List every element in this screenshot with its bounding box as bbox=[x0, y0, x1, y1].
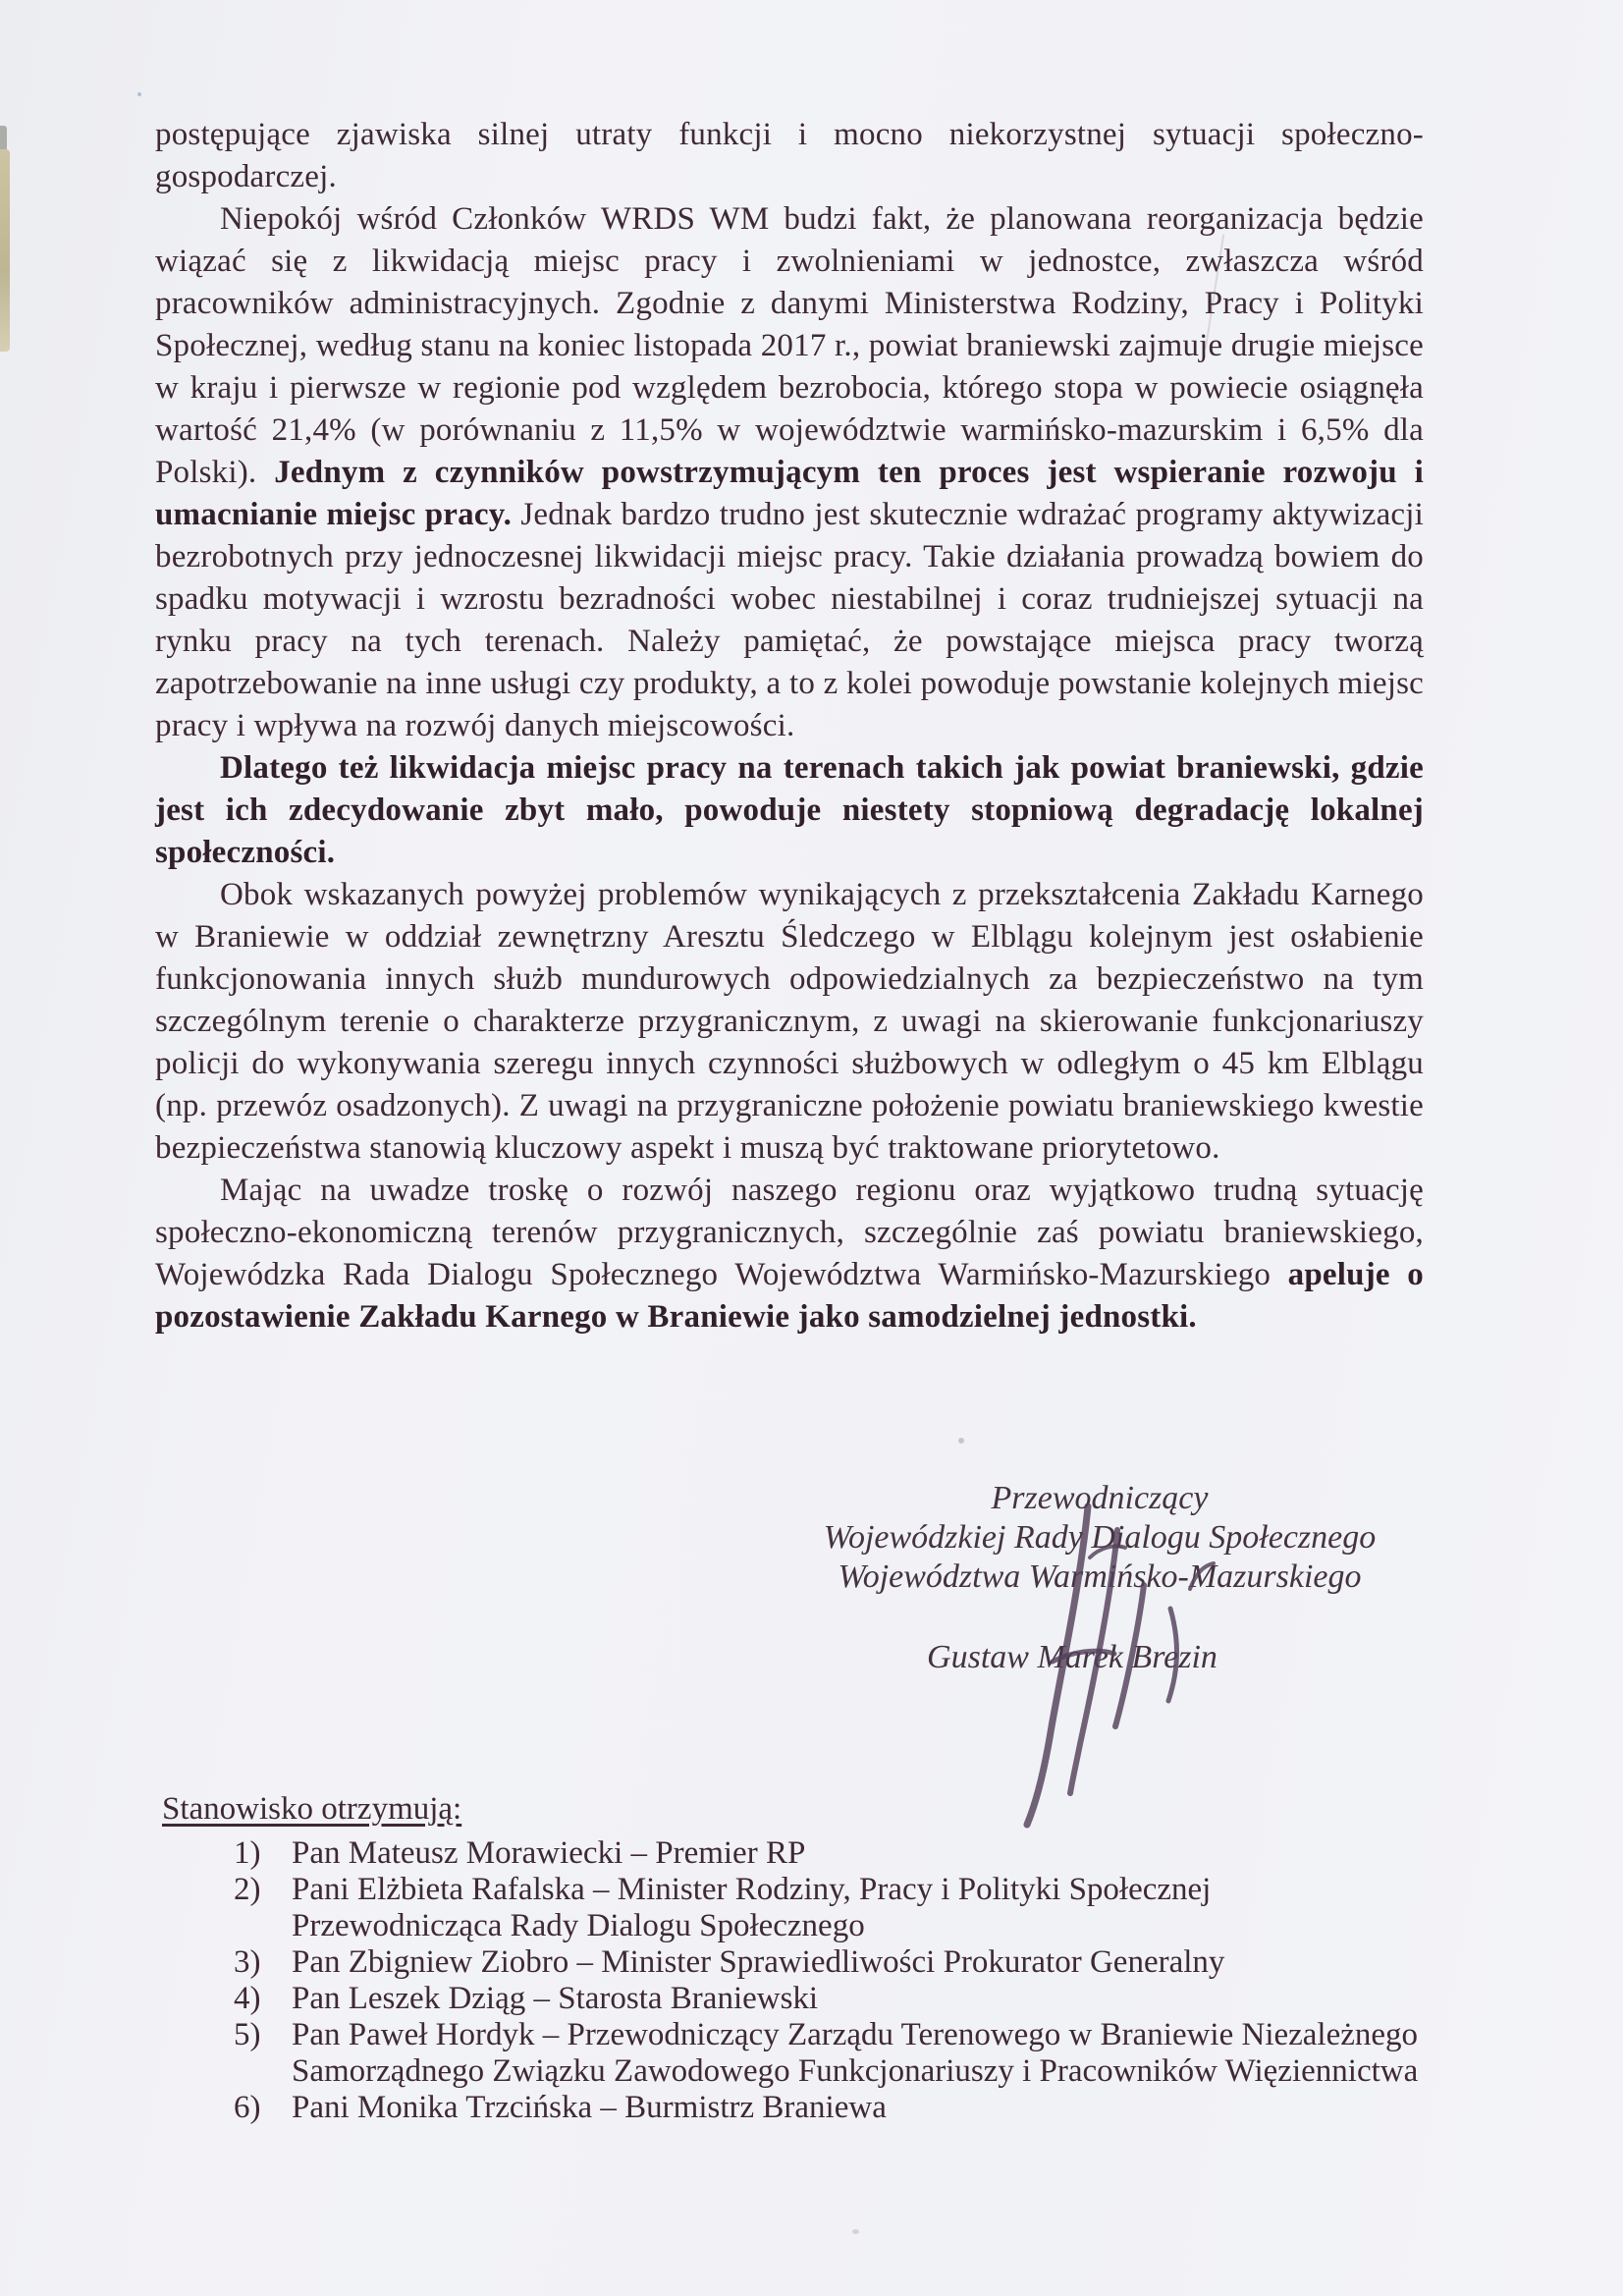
distribution-item: 2)Pani Elżbieta Rafalska – Minister Rodz… bbox=[162, 1872, 1517, 1944]
distribution-item-text: Pani Elżbieta Rafalska – Minister Rodzin… bbox=[292, 1872, 1517, 1944]
text-run: Mając na uwadze troskę o rozwój naszego … bbox=[155, 1173, 1424, 1292]
distribution-item: 4)Pan Leszek Dziąg – Starosta Braniewski bbox=[162, 1981, 1517, 2017]
body-paragraph: Niepokój wśród Członków WRDS WM budzi fa… bbox=[155, 198, 1424, 747]
distribution-item: 3)Pan Zbigniew Ziobro – Minister Sprawie… bbox=[162, 1944, 1517, 1981]
distribution-item: 6)Pani Monika Trzcińska – Burmistrz Bran… bbox=[162, 2090, 1517, 2126]
body-paragraph: postępujące zjawiska silnej utraty funkc… bbox=[155, 114, 1424, 198]
distribution-item-line: Pan Leszek Dziąg – Starosta Braniewski bbox=[292, 1981, 1517, 2017]
text-run: Obok wskazanych powyżej problemów wynika… bbox=[155, 877, 1424, 1166]
scan-speck bbox=[137, 92, 141, 96]
distribution-item-number: 6) bbox=[234, 2090, 292, 2126]
distribution-item-line: Przewodnicząca Rady Dialogu Społecznego bbox=[292, 1908, 1517, 1944]
signature-block: PrzewodniczącyWojewódzkiej Rady Dialogu … bbox=[727, 1479, 1473, 1677]
body-paragraph: Mając na uwadze troskę o rozwój naszego … bbox=[155, 1170, 1424, 1339]
distribution-item-number: 2) bbox=[234, 1872, 292, 1944]
bold-text-run: Dlatego też likwidacja miejsc pracy na t… bbox=[155, 750, 1424, 870]
distribution-item-number: 3) bbox=[234, 1944, 292, 1981]
distribution-list: Stanowisko otrzymują: 1)Pan Mateusz Mora… bbox=[162, 1791, 1517, 2126]
signer-name: Gustaw Marek Brezin bbox=[699, 1638, 1445, 1677]
distribution-item-number: 5) bbox=[234, 2017, 292, 2090]
scan-speck bbox=[958, 1438, 964, 1444]
signature-title-line: Przewodniczący bbox=[727, 1479, 1473, 1518]
distribution-item-line: Pani Monika Trzcińska – Burmistrz Branie… bbox=[292, 2090, 1517, 2126]
distribution-item-text: Pan Mateusz Morawiecki – Premier RP bbox=[292, 1835, 1517, 1872]
signature-title: PrzewodniczącyWojewódzkiej Rady Dialogu … bbox=[727, 1479, 1473, 1597]
text-run: Jednak bardzo trudno jest skutecznie wdr… bbox=[155, 497, 1424, 743]
letter-body: postępujące zjawiska silnej utraty funkc… bbox=[155, 114, 1424, 1339]
distribution-item-line: Pan Zbigniew Ziobro – Minister Sprawiedl… bbox=[292, 1944, 1517, 1981]
body-paragraph: Obok wskazanych powyżej problemów wynika… bbox=[155, 874, 1424, 1170]
signature-title-line: Województwa Warmińsko-Mazurskiego bbox=[727, 1558, 1473, 1597]
distribution-item-text: Pan Zbigniew Ziobro – Minister Sprawiedl… bbox=[292, 1944, 1517, 1981]
distribution-item-line: Samorządnego Związku Zawodowego Funkcjon… bbox=[292, 2053, 1517, 2090]
text-run: Niepokój wśród Członków WRDS WM budzi fa… bbox=[155, 201, 1424, 490]
distribution-heading: Stanowisko otrzymują: bbox=[162, 1791, 1517, 1828]
distribution-item-line: Pan Mateusz Morawiecki – Premier RP bbox=[292, 1835, 1517, 1872]
text-run: postępujące zjawiska silnej utraty funkc… bbox=[155, 117, 1424, 194]
scanned-document-page: postępujące zjawiska silnej utraty funkc… bbox=[0, 0, 1623, 2296]
distribution-item: 1)Pan Mateusz Morawiecki – Premier RP bbox=[162, 1835, 1517, 1872]
body-paragraph: Dlatego też likwidacja miejsc pracy na t… bbox=[155, 747, 1424, 874]
scanner-edge-artifact-cream bbox=[0, 149, 10, 352]
scanner-edge-artifact-gray bbox=[0, 126, 7, 151]
distribution-item-line: Pan Paweł Hordyk – Przewodniczący Zarząd… bbox=[292, 2017, 1517, 2053]
scan-speck bbox=[852, 2229, 859, 2234]
distribution-item-number: 1) bbox=[234, 1835, 292, 1872]
signature-title-line: Wojewódzkiej Rady Dialogu Społecznego bbox=[727, 1518, 1473, 1558]
distribution-item-number: 4) bbox=[234, 1981, 292, 2017]
distribution-item-text: Pan Paweł Hordyk – Przewodniczący Zarząd… bbox=[292, 2017, 1517, 2090]
distribution-item-line: Pani Elżbieta Rafalska – Minister Rodzin… bbox=[292, 1872, 1517, 1908]
distribution-items: 1)Pan Mateusz Morawiecki – Premier RP2)P… bbox=[162, 1835, 1517, 2126]
distribution-item-text: Pani Monika Trzcińska – Burmistrz Branie… bbox=[292, 2090, 1517, 2126]
distribution-item-text: Pan Leszek Dziąg – Starosta Braniewski bbox=[292, 1981, 1517, 2017]
distribution-item: 5)Pan Paweł Hordyk – Przewodniczący Zarz… bbox=[162, 2017, 1517, 2090]
